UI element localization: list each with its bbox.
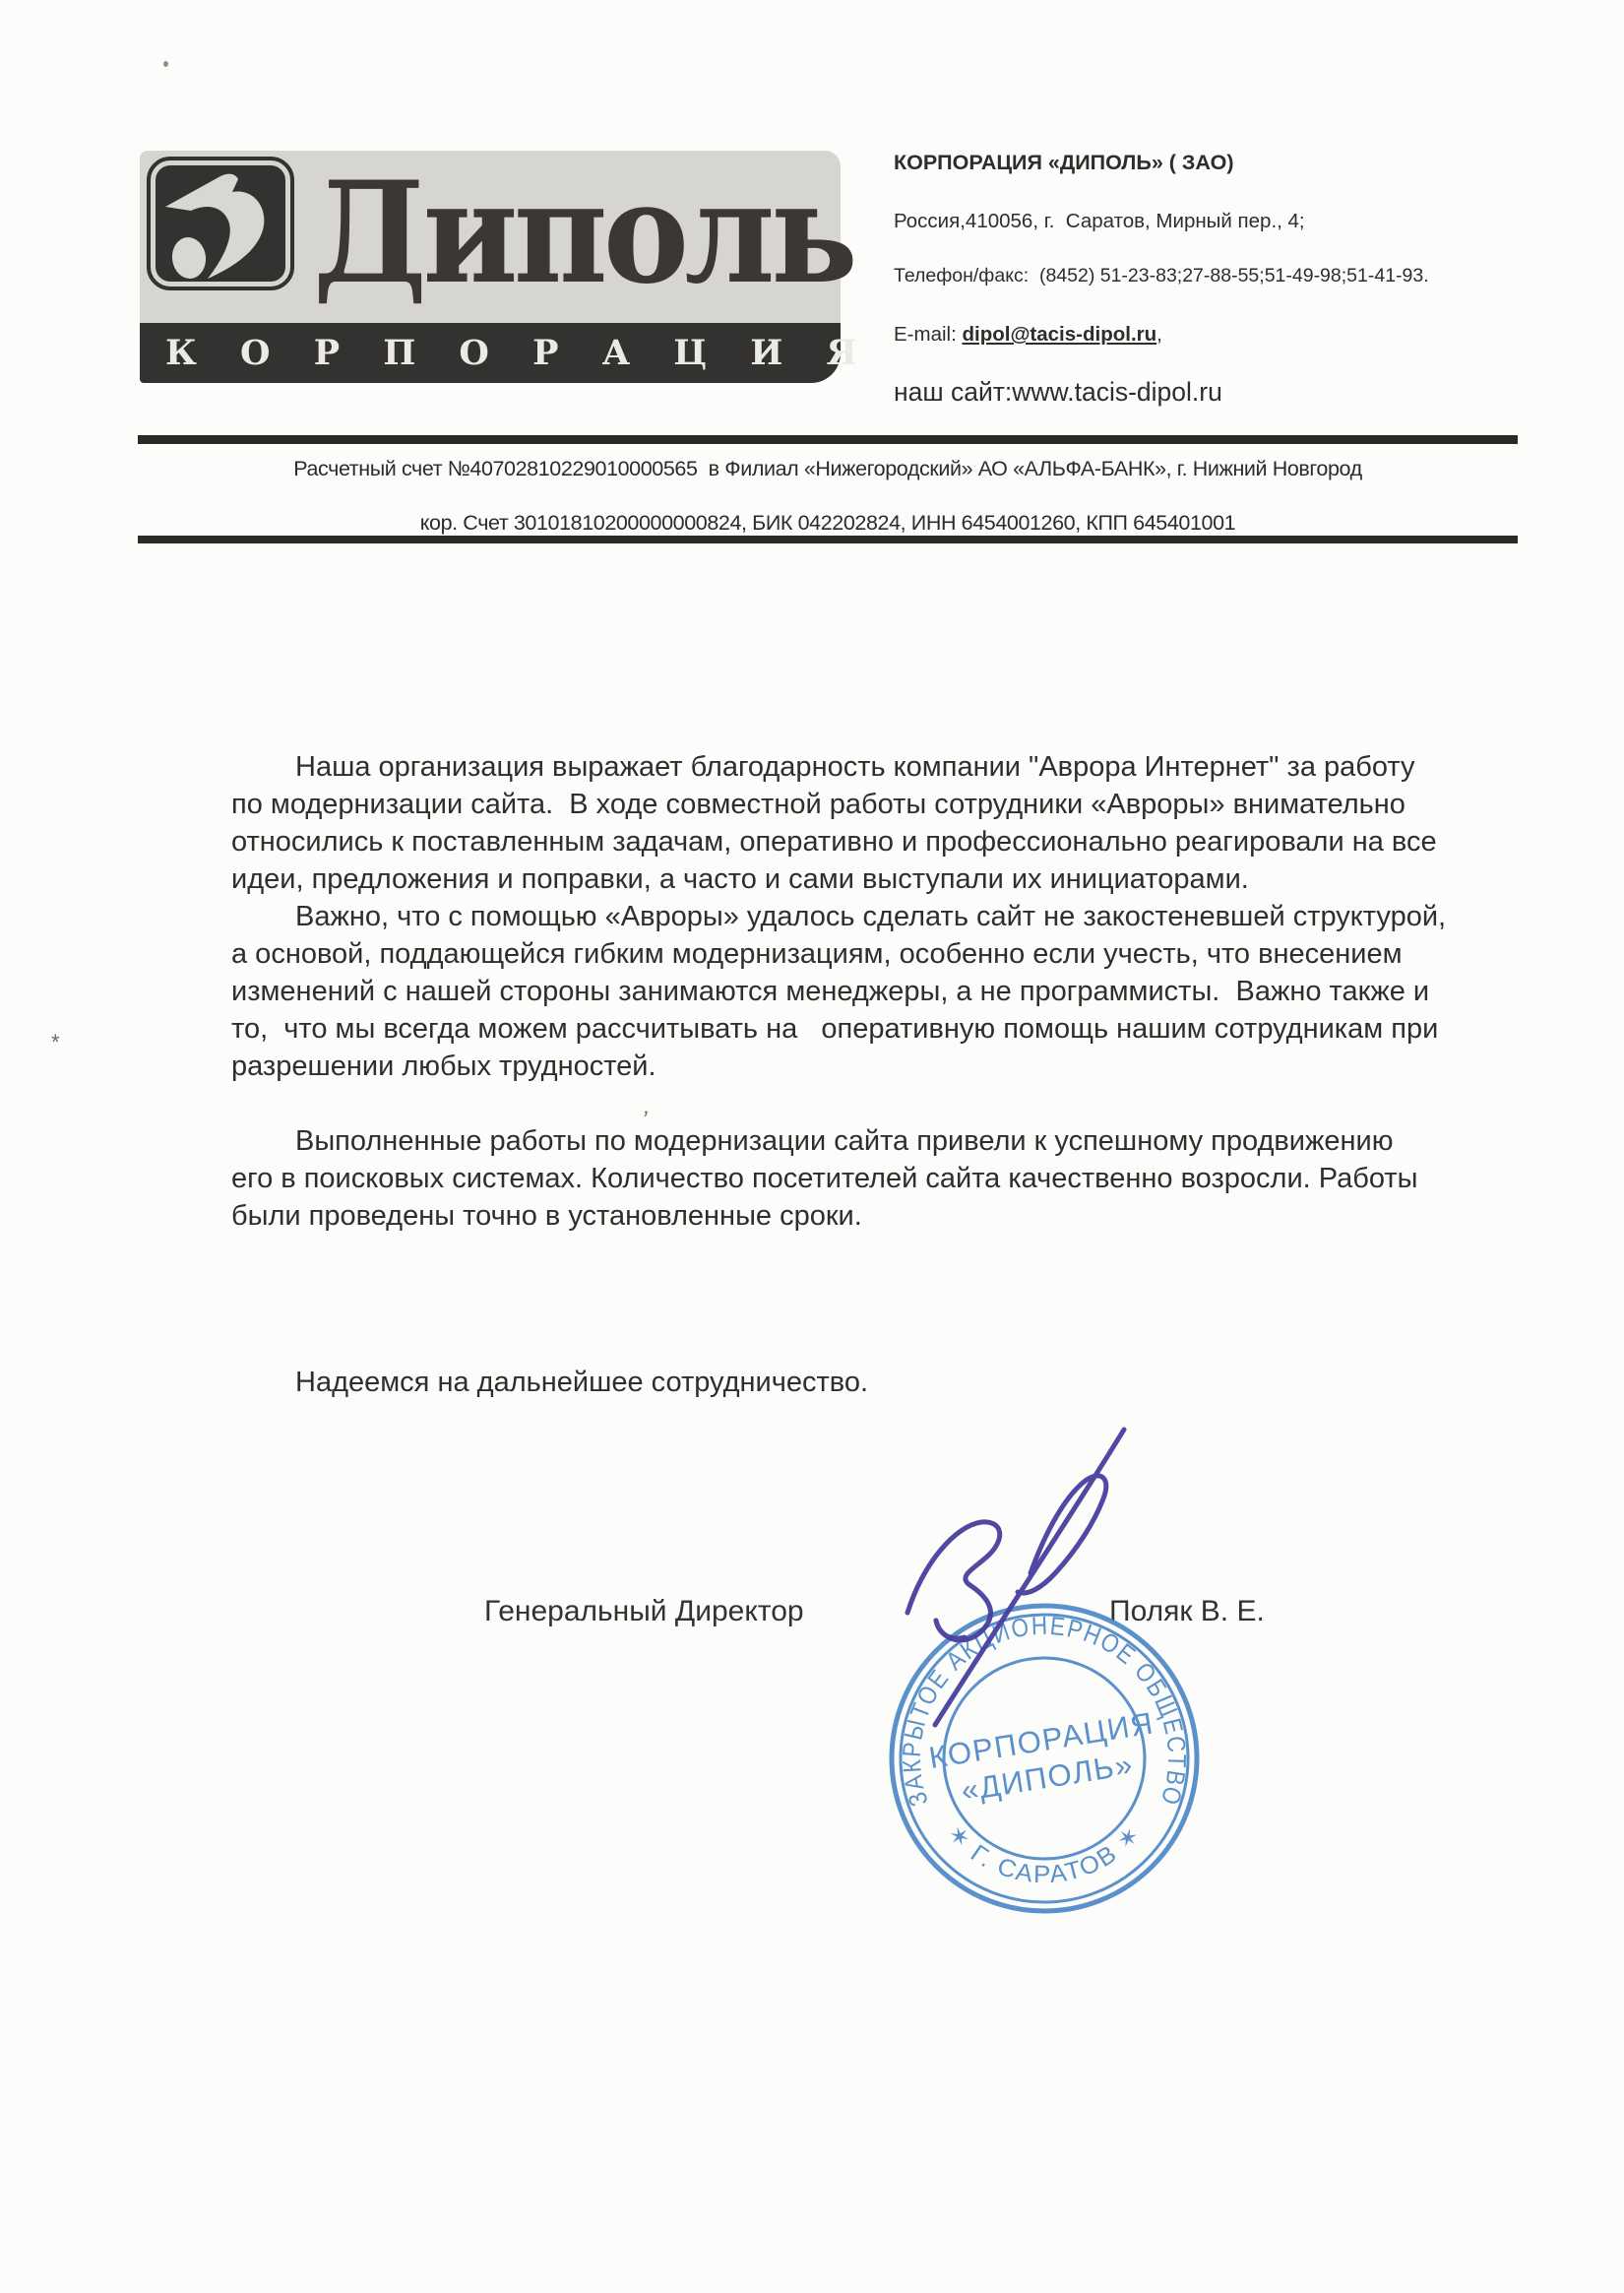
body-line: Наша организация выражает благодарность … — [231, 748, 1521, 786]
company-phone: Телефон/факс: (8452) 51-23-83;27-88-55;5… — [894, 265, 1429, 287]
company-logo-block: К О Р П О Р А Ц И Я Диполь — [140, 151, 841, 383]
paragraph-4: Надеемся на дальнейшее сотрудничество. — [231, 1364, 1521, 1401]
dipol-swoosh-emblem-icon — [146, 156, 295, 291]
body-line: изменений с нашей стороны занимаются мен… — [231, 973, 1521, 1010]
paragraph-1: Наша организация выражает благодарность … — [231, 748, 1521, 898]
email-address: dipol@tacis-dipol.ru — [962, 323, 1156, 346]
body-line: то, что мы всегда можем рассчитывать на … — [231, 1010, 1521, 1048]
logo-corporation-bar: К О Р П О Р А Ц И Я — [140, 323, 841, 383]
header-separator-top — [138, 435, 1518, 444]
body-line: Надеемся на дальнейшее сотрудничество. — [231, 1364, 1521, 1401]
body-line: его в поисковых системах. Количество пос… — [231, 1160, 1521, 1197]
email-label: E-mail: — [894, 323, 962, 346]
body-line: идеи, предложения и поправки, а часто и … — [231, 860, 1521, 898]
company-website: наш сайт:www.tacis-dipol.ru — [894, 377, 1222, 408]
signer-title: Генеральный Директор — [484, 1595, 804, 1628]
company-email-line: E-mail: dipol@tacis-dipol.ru, — [894, 323, 1162, 347]
paragraph-3: Выполненные работы по модернизации сайта… — [231, 1122, 1521, 1235]
company-name: КОРПОРАЦИЯ «ДИПОЛЬ» ( ЗАО) — [894, 151, 1234, 175]
body-line: Важно, что с помощью «Авроры» удалось сд… — [231, 898, 1521, 935]
scan-speck-asterisk: * — [51, 1030, 60, 1055]
header-separator-bottom — [138, 536, 1518, 543]
bank-account-line: Расчетный счет №40702810229010000565 в Ф… — [138, 457, 1518, 481]
body-line: по модернизации сайта. В ходе совместной… — [231, 786, 1521, 823]
body-line: а основой, поддающейся гибким модернизац… — [231, 935, 1521, 973]
letter-body: Наша организация выражает благодарность … — [231, 748, 1521, 1401]
body-line: Выполненные работы по модернизации сайта… — [231, 1122, 1521, 1160]
logo-bar-label: К О Р П О Р А Ц И Я — [140, 333, 870, 373]
body-line: разрешении любых трудностей. — [231, 1048, 1521, 1085]
body-line: были проведены точно в установленные сро… — [231, 1197, 1521, 1235]
scanned-letter-page: * ’ К О Р П О Р А Ц И Я Диполь КОРПОРАЦИ… — [0, 0, 1624, 2293]
scan-speck-dot — [163, 61, 168, 67]
logo-wordmark: Диполь — [313, 163, 853, 303]
body-line: относились к поставленным задачам, опера… — [231, 823, 1521, 860]
handwritten-signature — [866, 1408, 1171, 1743]
email-suffix: , — [1156, 323, 1162, 346]
paragraph-2: Важно, что с помощью «Авроры» удалось сд… — [231, 898, 1521, 1085]
bank-requisites-line: кор. Счет 30101810200000000824, БИК 0422… — [138, 511, 1518, 536]
company-address: Россия,410056, г. Саратов, Мирный пер., … — [894, 210, 1305, 233]
